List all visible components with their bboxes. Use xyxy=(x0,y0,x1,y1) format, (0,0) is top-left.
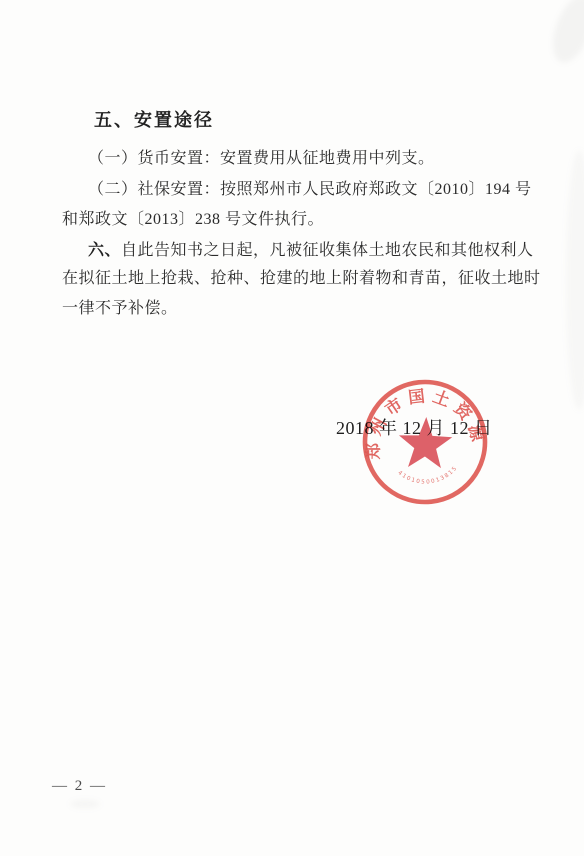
scan-smudge xyxy=(545,0,584,68)
paragraph-line-social-security-1: （二）社保安置：按照郑州市人民政府郑政文〔2010〕194 号 xyxy=(88,182,532,198)
paragraph-line-notice-3: 一律不予补偿。 xyxy=(62,301,178,317)
section-six-prefix: 六、 xyxy=(88,240,121,259)
official-seal: 郑州市国土资源局 4101050013815 xyxy=(350,367,499,516)
seal-code-text: 4101050013815 xyxy=(396,464,461,489)
page-number: — 2 — xyxy=(52,779,107,794)
scan-smudge xyxy=(566,150,584,410)
paragraph-line-monetary-placement: （一）货币安置：安置费用从征地费用中列支。 xyxy=(88,151,435,167)
paragraph-line-notice-1: 六、自此告知书之日起，凡被征收集体土地农民和其他权利人 xyxy=(88,242,534,259)
paragraph-line-notice-2: 在拟征土地上抢栽、抢种、抢建的地上附着物和青苗，征收土地时 xyxy=(62,271,541,287)
section-heading: 五、安置途径 xyxy=(94,112,214,130)
star-icon xyxy=(397,415,455,473)
paragraph-text: 自此告知书之日起，凡被征收集体土地农民和其他权利人 xyxy=(121,242,534,259)
document-page: 五、安置途径 （一）货币安置：安置费用从征地费用中列支。 （二）社保安置：按照郑… xyxy=(0,0,584,856)
paragraph-line-social-security-2: 和郑政文〔2013〕238 号文件执行。 xyxy=(62,212,324,228)
scan-smudge xyxy=(70,800,100,808)
